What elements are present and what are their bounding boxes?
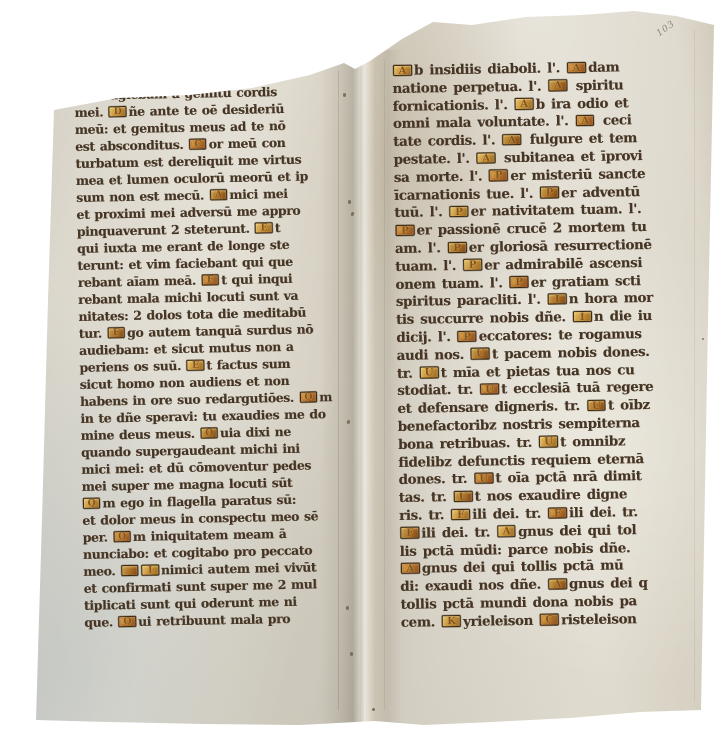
manuscript-text: spiritus paracliti. l'. [396,292,547,310]
illuminated-initial: E [201,275,219,286]
manuscript-text: er admirabilē ascensi [484,255,642,273]
illuminated-initial: U [420,367,439,379]
illuminated-initial: A [548,578,567,590]
illuminated-initial: E [255,222,273,233]
manuscript-text: meo. [83,563,120,579]
illuminated-initial: C [189,139,207,150]
illuminated-initial: P [463,259,482,271]
illuminated-initial: U [474,472,493,484]
gutter-fold [320,50,402,730]
illuminated-initial: Q [299,392,317,403]
manuscript-text: sa morte. l'. [394,168,489,185]
illuminated-initial: U [471,348,490,360]
manuscript-text: er misteriū sancte [510,166,645,184]
manuscript-text: rebant aīam meā. [78,273,201,290]
manuscript-text: ili dei. tr. [472,506,547,523]
illuminated-initial: U [587,399,606,411]
manuscript-text: et defensare digneris. tr. [397,398,586,417]
illuminated-initial: A [575,115,594,127]
manuscript-text: n hora mor [569,290,653,307]
illuminated-initial: P [540,187,559,199]
manuscript-text: ñe ante te oē desideriū [128,101,284,119]
manuscript-text: tuam. l'. [395,258,462,275]
manuscript-text: bona retribuas. tr. [398,434,538,452]
illuminated-initial: A [548,80,567,92]
manuscript-text: fornicationis. l'. [393,97,514,115]
illuminated-initial: I [548,293,567,305]
manuscript-text: pestate. l'. [393,151,476,168]
illuminated-initial: P [448,241,467,253]
illuminated-initial: A [393,64,412,76]
stitch-hole [345,46,348,50]
manuscript-text: gnus dei q [569,575,648,592]
stitch-hole [350,652,353,656]
manuscript-text: ris. tr. [399,507,450,524]
illuminated-initial: P [458,330,477,342]
page-edge-line [694,30,695,702]
manuscript-text: er nativitatem tuam. l'. [470,201,641,220]
illuminated-initial: Q [118,616,136,627]
manuscript-text: er gloriosā resurrectionē [469,237,652,256]
illuminated-initial: C [540,614,559,626]
illuminated-initial: Q [83,498,101,509]
manuscript-text: lis pctā mūdi: parce nobis dñe. [400,540,631,560]
manuscript-text: audi nos. [396,347,470,364]
manuscript-text: t [275,220,281,235]
manuscript-text: mine deus meus. [81,426,200,443]
book-spread: 103 mis rugiebam a gemitu cordismei. Dñe… [0,0,728,750]
manuscript-text: tr. [397,365,419,381]
manuscript-text: natione perpetua. l'. [392,78,547,96]
manuscript-text: am. l'. [395,240,447,257]
manuscript-text: cem. [401,614,442,631]
manuscript-text: t nos exaudire digne [474,486,627,504]
manuscript-text: omni mala voluntate. l'. [393,114,575,133]
ink-speck [702,338,704,340]
illuminated-initial: A [401,563,420,575]
illuminated-initial: P [489,170,508,182]
illuminated-initial: U [480,383,499,395]
illuminated-initial: A [477,152,496,164]
illuminated-initial: E [107,327,125,338]
illuminated-initial: P [395,225,414,237]
gutter-crease [338,70,339,710]
manuscript-text: tur. [79,325,107,341]
manuscript-text: īcarnationis tue. l'. [394,185,539,203]
illuminated-initial: A [515,98,534,110]
manuscript-text: benefactoribz nostris sempiterna [398,415,640,435]
manuscript-text: tollis pctā mundi dona nobis pa [400,593,636,613]
illuminated-initial: A [210,189,228,200]
manuscript-text: t mīa et pietas tua nos cu [441,362,635,381]
manuscript-text: onem tuam. l'. [395,275,509,293]
manuscript-text: t oīa pctā nrā dimit [495,468,641,486]
manuscript-text: m [319,389,332,404]
illuminated-initial: K [442,615,461,627]
manuscript-text: spiritu [569,77,623,94]
manuscript-text: yrieleison [463,612,539,629]
illuminated-initial [121,565,139,576]
illuminated-initial: Q [200,428,218,439]
stitch-hole [343,93,346,97]
illuminated-initial: F [400,527,419,539]
manuscript-text: que. [84,614,118,630]
manuscript-text: ceci [596,113,631,130]
manuscript-text: n die iu [594,308,652,325]
left-page-text: mis rugiebam a gemitu cordismei. Dñe ant… [74,82,336,631]
manuscript-text: per. [83,529,113,545]
manuscript-text: mei. [74,104,108,120]
manuscript-text: stodiat. tr. [397,382,479,399]
manuscript-text: gnus dei qui tollis pctā mū [422,558,624,577]
right-page-text: Ab insidiis diaboli. l'. Adamnatione per… [392,59,658,632]
manuscript-text: fidelibz defunctis requiem eternā [398,451,644,471]
illuminated-initial: P [510,276,529,288]
illuminated-initial: F [548,507,567,519]
manuscript-text: er gratiam scti [531,273,641,291]
stitch-hole [350,60,353,64]
stitch-hole [346,606,349,610]
manuscript-text: t ecclesiā tuā regere [501,379,653,397]
manuscript-text: est absconditus. [75,137,188,154]
ink-speck [372,708,375,711]
illuminated-initial: D [109,106,127,117]
illuminated-initial: A [497,525,516,537]
illuminated-initial: A [567,62,586,74]
gutter-crease [384,60,385,710]
manuscript-text: periens os suū. [79,358,186,375]
manuscript-photo: 103 mis rugiebam a gemitu cordismei. Dñe… [0,0,728,750]
manuscript-text: nimici autem mei vivūt [161,559,317,577]
manuscript-text: ili dei. tr. [569,504,638,521]
manuscript-text: t oībz [608,397,650,414]
illuminated-initial: U [453,491,472,503]
manuscript-text: m iniquitatem meam ā [133,526,287,544]
manuscript-text: eccatores: te rogamus [479,326,642,345]
manuscript-text: tuū. l'. [394,205,449,222]
manuscript-text: dones. tr. [398,471,473,488]
manuscript-text: t qui inqui [221,271,292,287]
manuscript-text: tis succurre nobis dñe. [396,309,572,328]
manuscript-text: sum non est mecū. [76,187,209,205]
manuscript-text: uia dixi ne [220,424,291,440]
manuscript-text: er adventū [561,184,640,201]
manuscript-text: b insidiis diaboli. l'. [414,60,566,78]
manuscript-text: dicij. l'. [396,329,457,346]
manuscript-text: mici mei [229,186,288,202]
manuscript-text: t pacem nobis dones. [492,344,650,362]
illuminated-initial: I [141,565,159,576]
manuscript-text: b ira odio et [536,95,629,112]
illuminated-initial: A [502,134,521,146]
manuscript-text: or meū con [208,135,285,151]
illuminated-initial: P [449,206,468,218]
manuscript-text: er passionē crucē 2 mortem tu [416,219,646,239]
manuscript-text: ili dei. tr. [421,524,496,541]
manuscript-text: fulgure et tem [523,130,637,148]
manuscript-text: gnus dei qui tol [518,522,636,540]
manuscript-text: dam [588,59,619,75]
illuminated-initial: F [451,508,470,520]
illuminated-initial: Q [113,531,131,542]
manuscript-text: di: exaudi nos dñe. [400,577,547,595]
manuscript-text: ui retribuunt mala pro [138,611,290,629]
manuscript-text: tas. tr. [399,489,453,506]
manuscript-text: risteleison [561,611,637,628]
manuscript-text: t factus sum [206,356,290,373]
manuscript-text: t omnibz [560,433,625,450]
illuminated-initial: I [573,311,592,323]
stitch-hole [348,200,351,204]
manuscript-text: subitanea et īprovi [498,148,643,166]
illuminated-initial: E [187,360,205,371]
manuscript-text: tate cordis. l'. [393,132,501,150]
illuminated-initial: U [539,436,558,448]
